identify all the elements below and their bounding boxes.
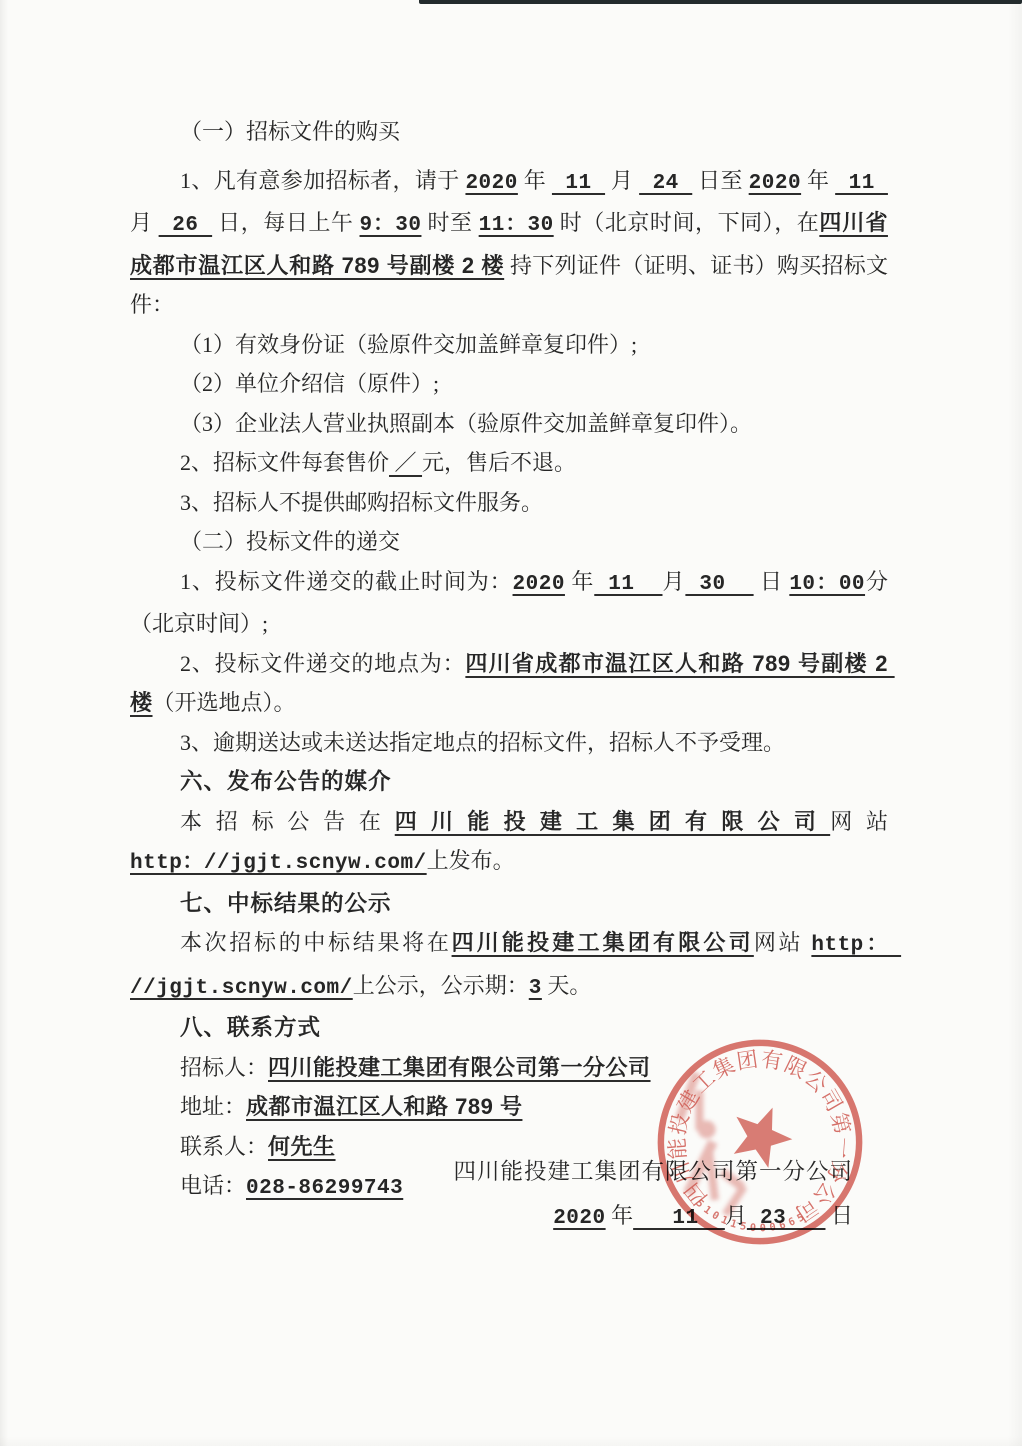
signoff-block: 四川能投建工集团有限公司第一分公司 2020 年 11 月 23 日 — [453, 1150, 853, 1241]
text-segment: 元，售后不退。 — [422, 450, 576, 475]
text-segment: 2020 — [749, 172, 801, 195]
text-segment: 2020 — [553, 1207, 605, 1230]
text-segment: 日，每日上午 — [212, 210, 359, 235]
text-segment: 年 — [518, 168, 552, 193]
text-segment: 年 — [801, 168, 835, 193]
paragraph: （1）有效身份证（验原件交加盖鲜章复印件）; — [130, 325, 888, 365]
text-segment: 四川能投建工集团有限公司 — [452, 930, 754, 955]
text-segment: （开选地点）。 — [153, 690, 296, 715]
text-segment: 月 — [725, 1203, 747, 1228]
text-segment: （2）单位介绍信（原件）; — [180, 371, 439, 396]
text-segment: 9：30 — [360, 214, 422, 237]
text-segment: 天。 — [542, 973, 592, 998]
text-segment: 六、发布公告的媒介 — [180, 769, 392, 794]
text-segment: http：//jgjt.scnyw.com/ — [130, 852, 427, 875]
text-segment: 2020 — [465, 172, 517, 195]
text-segment: 月 — [605, 168, 639, 193]
text-segment: 联系人： — [180, 1134, 268, 1159]
scanner-edge-artifact — [419, 0, 1022, 4]
paragraph: 七、中标结果的公示 — [130, 884, 888, 924]
text-segment: 2020 — [513, 573, 565, 596]
text-segment: 日 — [754, 569, 790, 594]
text-segment: 年 — [606, 1203, 634, 1228]
text-segment: 地址： — [180, 1094, 246, 1119]
paragraph: 六、发布公告的媒介 — [130, 762, 888, 802]
paragraph: （一）招标文件的购买 — [130, 112, 888, 152]
text-segment: 23 — [747, 1207, 826, 1230]
text-segment: 3、逾期送达或未送达指定地点的招标文件，招标人不予受理。 — [180, 730, 785, 755]
text-segment: 028-86299743 — [246, 1177, 403, 1200]
paragraph: 地址：成都市温江区人和路 789 号 — [130, 1087, 888, 1127]
text-segment: 3、招标人不提供邮购招标文件服务。 — [180, 490, 543, 515]
text-segment: （3）企业法人营业执照副本（验原件交加盖鲜章复印件）。 — [180, 411, 752, 436]
text-segment: （1）有效身份证（验原件交加盖鲜章复印件）; — [180, 332, 637, 357]
text-segment: 网站 — [830, 809, 893, 834]
signoff-date: 2020 年 11 月 23 日 — [453, 1194, 853, 1241]
text-segment: 时（北京时间，下同），在 — [554, 210, 820, 235]
text-segment: 月 — [662, 569, 685, 594]
paragraph: 1、投标文件递交的截止时间为：2020 年 11 月 30 日 10：00分（北… — [130, 562, 888, 644]
text-segment: 11：30 — [479, 214, 554, 237]
document-body: （一）招标文件的购买1、凡有意参加招标者，请于 2020 年 11 月 24 日… — [130, 112, 888, 1209]
signoff-company: 四川能投建工集团有限公司第一分公司 — [453, 1150, 853, 1194]
text-segment: 四川能投建工集团有限公司第一分公司 — [268, 1055, 651, 1080]
text-segment: 何先生 — [268, 1134, 336, 1159]
text-segment: 电话： — [180, 1173, 246, 1198]
text-segment: 年 — [565, 569, 594, 594]
text-segment: 2、招标文件每套售价 — [180, 450, 389, 475]
text-segment: 网站 — [754, 930, 812, 955]
paragraph: 八、联系方式 — [130, 1008, 888, 1048]
text-segment: 日至 — [692, 168, 748, 193]
text-segment: 时至 — [421, 210, 478, 235]
text-segment: 上公示，公示期： — [353, 973, 529, 998]
paragraph: 招标人：四川能投建工集团有限公司第一分公司 — [130, 1048, 888, 1088]
paragraph: 3、招标人不提供邮购招标文件服务。 — [130, 483, 888, 523]
text-segment: 1、凡有意参加招标者，请于 — [180, 168, 465, 193]
text-segment: 本次招标的中标结果将在 — [180, 930, 452, 955]
text-segment: 招标人： — [180, 1055, 268, 1080]
paragraph: （2）单位介绍信（原件）; — [130, 364, 888, 404]
text-segment: （一）招标文件的购买 — [180, 119, 400, 144]
paragraph: 本次招标的中标结果将在四川能投建工集团有限公司网站 http： //jgjt.s… — [130, 923, 888, 1008]
text-segment: 11 — [552, 172, 605, 195]
text-segment: 3 — [529, 977, 542, 1000]
text-segment: （二）投标文件的递交 — [180, 529, 400, 554]
text-segment: 八、联系方式 — [180, 1015, 321, 1040]
text-segment: ／ — [389, 450, 422, 475]
text-segment: 11 — [835, 172, 888, 195]
page-root: （一）招标文件的购买1、凡有意参加招标者，请于 2020 年 11 月 24 日… — [0, 0, 1022, 1446]
text-segment: 10：00 — [789, 573, 865, 596]
text-segment: 30 — [685, 573, 753, 596]
paragraph: 1、凡有意参加招标者，请于 2020 年 11 月 24 日至 2020 年 1… — [130, 161, 888, 325]
paragraph: 3、逾期送达或未送达指定地点的招标文件，招标人不予受理。 — [130, 723, 888, 763]
text-segment: 11 — [594, 573, 662, 596]
paragraph: 2、招标文件每套售价 ／ 元，售后不退。 — [130, 443, 888, 483]
text-segment: 上发布。 — [427, 848, 515, 873]
text-segment: 1、投标文件递交的截止时间为： — [180, 569, 513, 594]
text-segment: 四川能投建工集团有限公司 — [395, 809, 830, 834]
text-segment: 本招标公告在 — [180, 809, 395, 834]
text-segment: 日 — [825, 1203, 853, 1228]
text-segment: 26 — [159, 214, 213, 237]
text-segment: 24 — [639, 172, 692, 195]
paragraph: （二）投标文件的递交 — [130, 522, 888, 562]
text-segment: 成都市温江区人和路 789 号 — [246, 1094, 522, 1119]
text-segment: 11 — [633, 1207, 725, 1230]
text-segment: 七、中标结果的公示 — [180, 891, 392, 916]
paragraph: 本招标公告在四川能投建工集团有限公司网站 http：//jgjt.scnyw.c… — [130, 802, 888, 884]
paragraph: 2、投标文件递交的地点为：四川省成都市温江区人和路 789 号副楼 2 楼（开选… — [130, 644, 888, 723]
text-segment: 2、投标文件递交的地点为： — [180, 651, 465, 676]
paragraph: （3）企业法人营业执照副本（验原件交加盖鲜章复印件）。 — [130, 404, 888, 444]
